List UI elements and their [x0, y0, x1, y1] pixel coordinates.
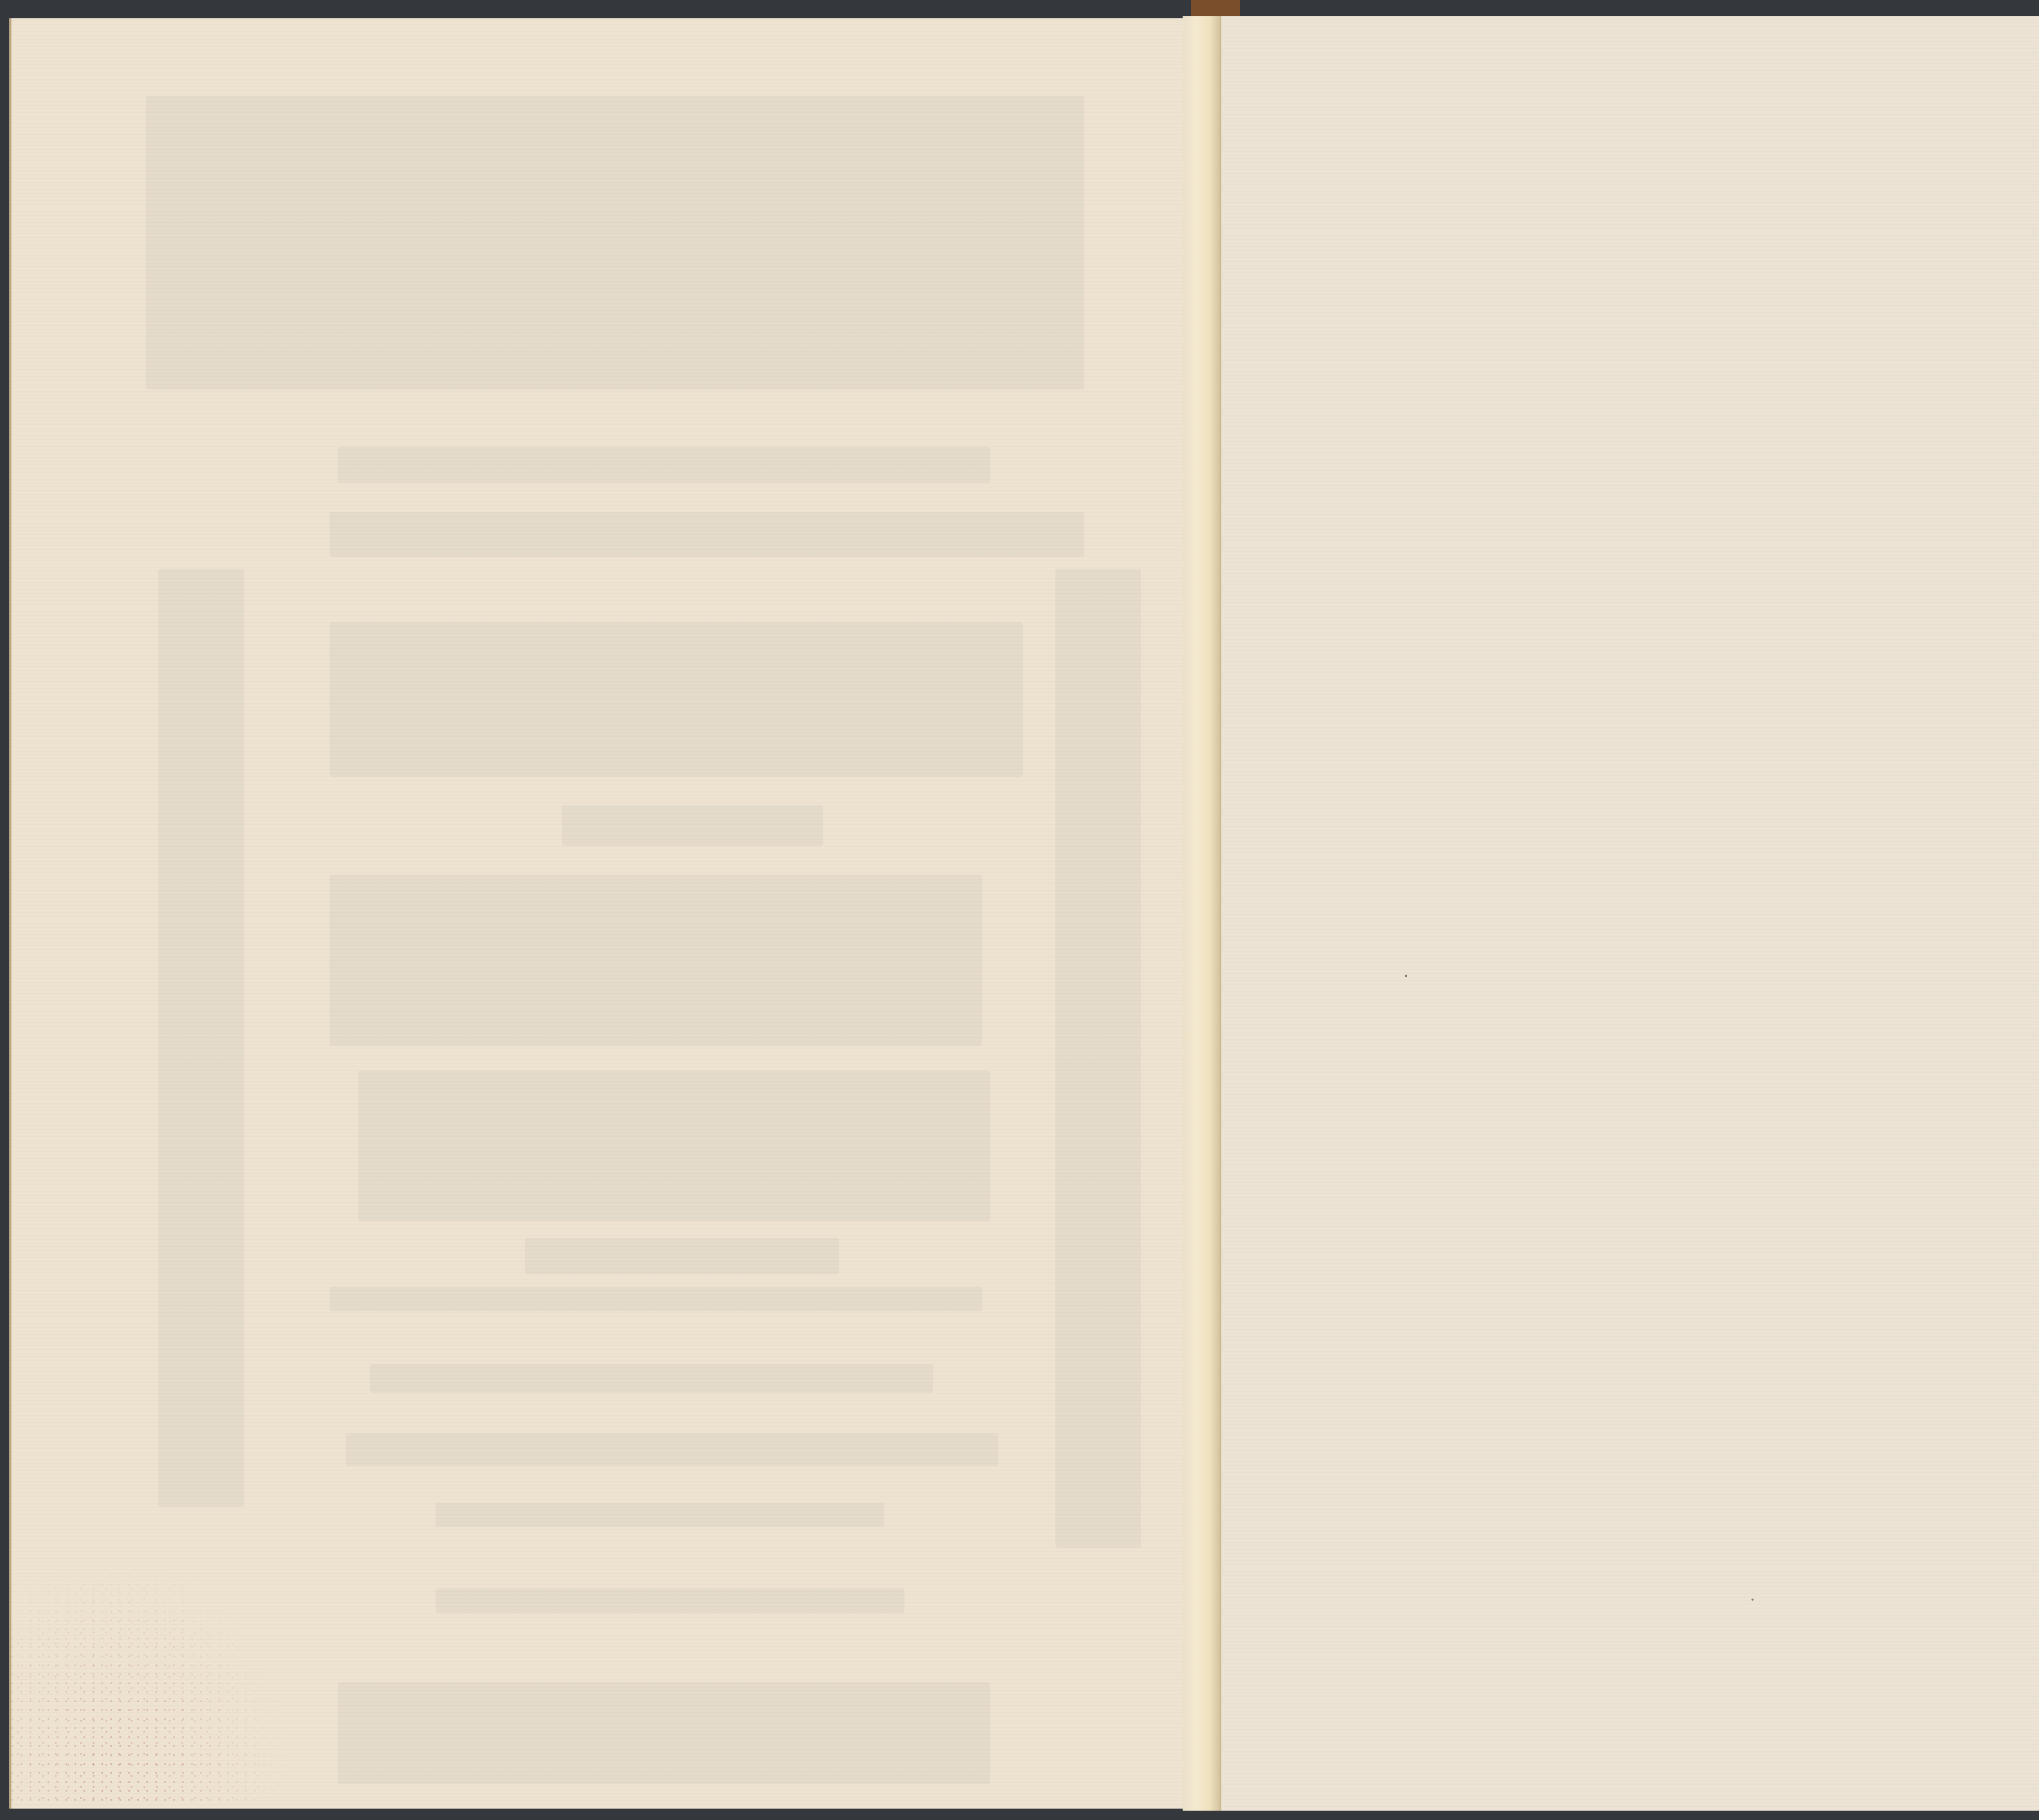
bleed-paragraph-2 — [358, 1070, 990, 1221]
bleed-ornament-top — [146, 96, 1084, 389]
bleed-line-a — [330, 1287, 982, 1311]
bleed-letter-row — [330, 512, 1084, 557]
paper-speck — [1752, 1599, 1754, 1601]
bleed-left-column — [158, 569, 244, 1507]
bleed-heading-line — [338, 447, 990, 483]
book-spine-gutter — [1183, 16, 1221, 1811]
bleed-line-e — [436, 1588, 905, 1613]
book-spread — [0, 0, 2039, 1820]
bleed-title-large — [330, 622, 1023, 777]
paper-speck — [1405, 975, 1407, 977]
bleed-ornament-bottom — [338, 1682, 990, 1784]
bleed-line-c — [346, 1433, 998, 1466]
bleed-right-column — [1055, 569, 1141, 1548]
bleed-line-d — [436, 1503, 884, 1527]
bleed-line-b — [370, 1364, 933, 1393]
left-page — [9, 18, 1214, 1809]
bleed-paragraph-1 — [330, 875, 982, 1046]
bleed-center-line — [525, 1238, 839, 1274]
foxing-stains — [9, 1541, 294, 1807]
right-page — [1217, 16, 2039, 1811]
bleed-subtitle — [562, 805, 823, 846]
